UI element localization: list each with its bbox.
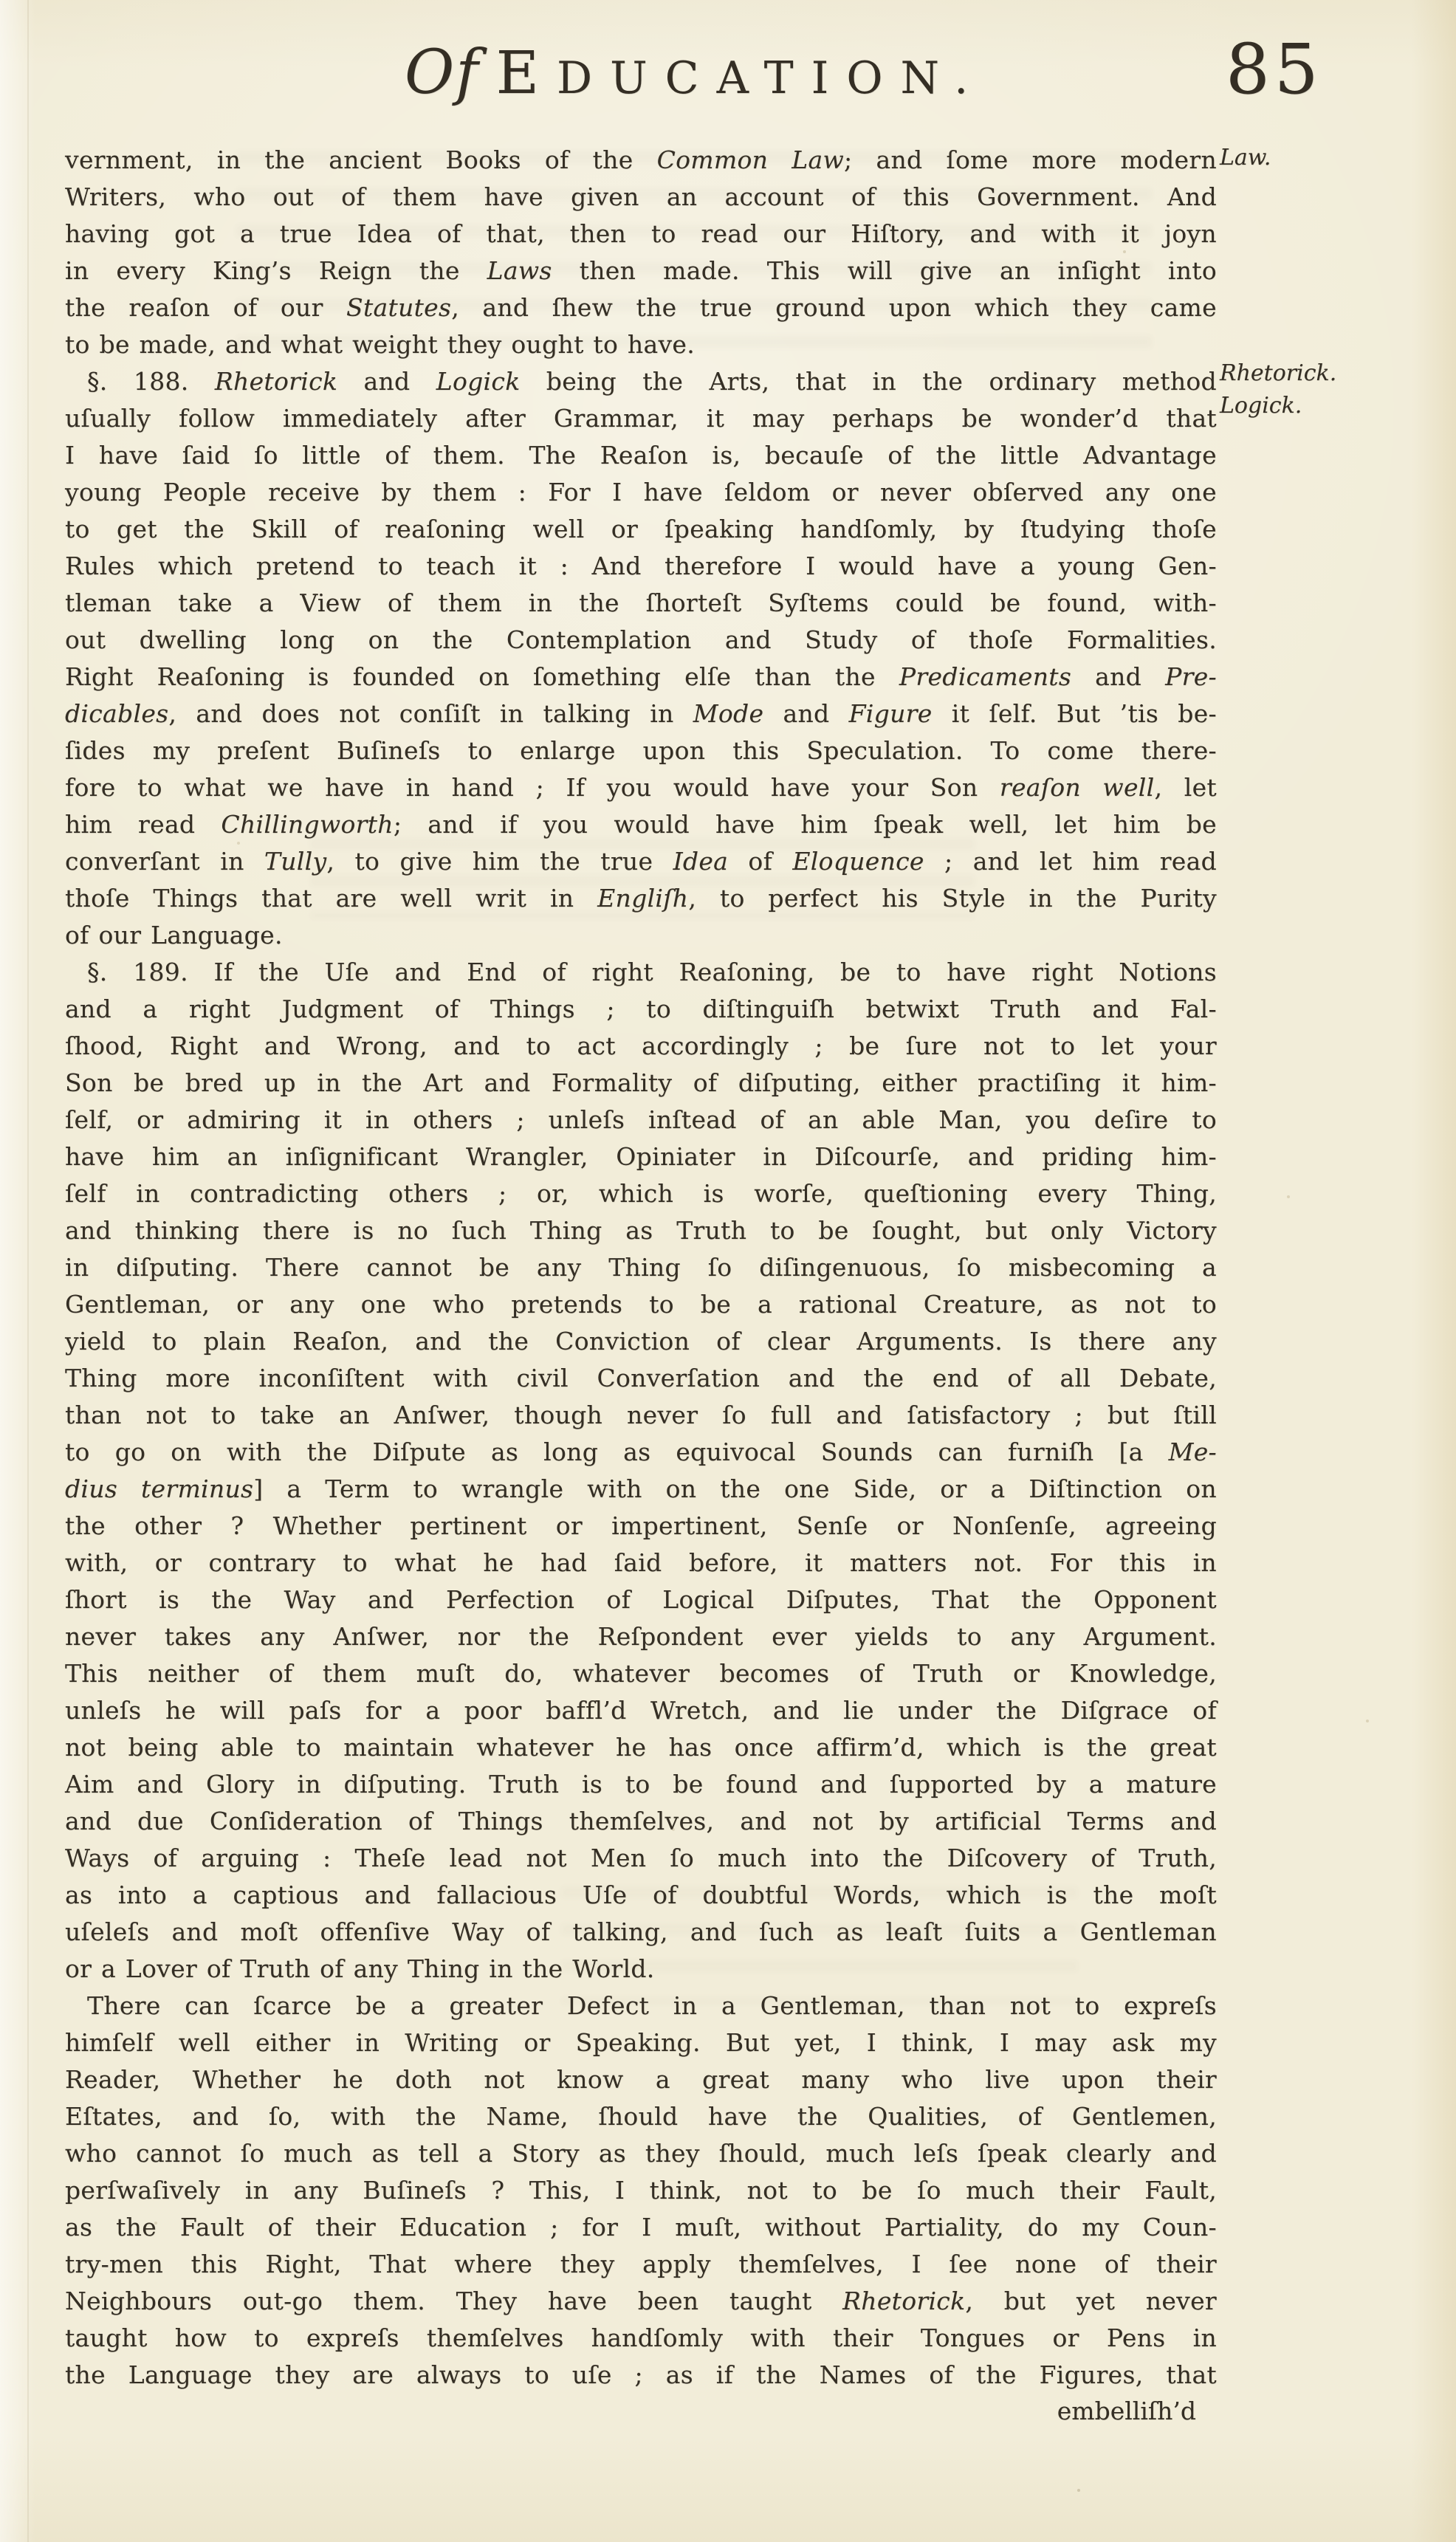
text-line: perſwaſively in any Buſineſs ? This, I t… <box>65 2172 1217 2209</box>
text-line: I have ſaid ſo little of them. The Reaſo… <box>65 437 1217 474</box>
text-line: him read Chillingworth; and if you would… <box>65 806 1217 843</box>
text-line: of our Language. <box>65 917 1217 954</box>
header-of-word: Of <box>405 43 480 103</box>
text-line: having got a true Idea of that, then to … <box>65 216 1217 253</box>
text-line: ſhood, Right and Wrong, and to act accor… <box>65 1028 1217 1065</box>
text-line: with, or contrary to what he had ſaid be… <box>65 1545 1217 1581</box>
paper-specks <box>0 0 1 1</box>
text-line: §. 188. Rhetorick and Logick being the A… <box>65 363 1217 400</box>
text-line: ſelf, or admiring it in others ; unleſs … <box>65 1102 1217 1138</box>
text-line: taught how to expreſs themſelves handſom… <box>65 2320 1217 2357</box>
margin-note: Law. <box>1220 145 1441 171</box>
text-line: as into a captious and fallacious Uſe of… <box>65 1877 1217 1914</box>
text-line: Writers, who out of them have given an a… <box>65 179 1217 216</box>
book-page: Of EDUCATION. 85 vernment, in the ancien… <box>0 0 1456 2542</box>
text-line: Thing more inconſiſtent with civil Conve… <box>65 1360 1217 1397</box>
text-body: vernment, in the ancient Books of the Co… <box>65 142 1217 2394</box>
text-line: ſelf in contradicting others ; or, which… <box>65 1175 1217 1212</box>
text-line: Rules which pretend to teach it : And th… <box>65 548 1217 585</box>
text-line: Reader, Whether he doth not know a great… <box>65 2061 1217 2098</box>
text-line: to get the Skill of reaſoning well or ſp… <box>65 511 1217 548</box>
text-line: converſant in Tully, to give him the tru… <box>65 843 1217 880</box>
text-line: Aim and Glory in diſputing. Truth is to … <box>65 1766 1217 1803</box>
text-line: uſeleſs and moſt offenſive Way of talkin… <box>65 1914 1217 1951</box>
text-line: and a right Judgment of Things ; to diſt… <box>65 991 1217 1028</box>
text-line: try-men this Right, That where they appl… <box>65 2246 1217 2283</box>
text-line: dius terminus] a Term to wrangle with on… <box>65 1471 1217 1508</box>
text-line: tleman take a View of them in the ſhorte… <box>65 585 1217 622</box>
text-line: This neither of them muſt do, whatever b… <box>65 1655 1217 1692</box>
text-line: ſhort is the Way and Perfection of Logic… <box>65 1581 1217 1618</box>
text-line: fore to what we have in hand ; If you wo… <box>65 769 1217 806</box>
text-line: Right Reaſoning is founded on ſomething … <box>65 659 1217 695</box>
text-line: as the Fault of their Education ; for I … <box>65 2209 1217 2246</box>
page-fold-line <box>27 0 29 2542</box>
text-line: §. 189. If the Uſe and End of right Reaſ… <box>65 954 1217 991</box>
text-line: vernment, in the ancient Books of the Co… <box>65 142 1217 179</box>
text-line: thoſe Things that are well writ in Engli… <box>65 880 1217 917</box>
margin-note: Rhetorick. <box>1220 360 1441 387</box>
header-education-word: EDUCATION. <box>496 44 986 103</box>
text-line: Ways of arguing : Theſe lead not Men ſo … <box>65 1840 1217 1877</box>
catchword: embelliſh’d <box>65 2395 1217 2428</box>
text-line: There can ſcarce be a greater Defect in … <box>65 1988 1217 2024</box>
text-line: ſides my preſent Buſineſs to enlarge upo… <box>65 732 1217 769</box>
text-line: yield to plain Reaſon, and the Convictio… <box>65 1323 1217 1360</box>
margin-note: Logick. <box>1220 393 1441 419</box>
text-line: Neighbours out-go them. They have been t… <box>65 2283 1217 2320</box>
text-line: unleſs he will paſs for a poor baffl’d W… <box>65 1692 1217 1729</box>
text-line: himſelf well either in Writing or Speaki… <box>65 2024 1217 2061</box>
text-line: or a Lover of Truth of any Thing in the … <box>65 1951 1217 1988</box>
text-line: young People receive by them : For I hav… <box>65 474 1217 511</box>
text-line: in diſputing. There cannot be any Thing … <box>65 1249 1217 1286</box>
text-line: not being able to maintain whatever he h… <box>65 1729 1217 1766</box>
text-line: who cannot ſo much as tell a Story as th… <box>65 2135 1217 2172</box>
text-line: than not to take an Anſwer, though never… <box>65 1397 1217 1434</box>
text-line: Gentleman, or any one who pretends to be… <box>65 1286 1217 1323</box>
text-line: the reaſon of our Statutes, and ſhew the… <box>65 289 1217 326</box>
running-header: Of EDUCATION. <box>405 43 986 103</box>
text-line: and thinking there is no ſuch Thing as T… <box>65 1212 1217 1249</box>
text-line: in every King’s Reign the Laws then made… <box>65 253 1217 289</box>
text-line: never takes any Anſwer, nor the Reſponde… <box>65 1618 1217 1655</box>
text-line: and due Conſideration of Things themſelv… <box>65 1803 1217 1840</box>
page-number: 85 <box>1226 35 1323 105</box>
text-line: have him an inſignificant Wrangler, Opin… <box>65 1138 1217 1175</box>
text-line: to go on with the Diſpute as long as equ… <box>65 1434 1217 1471</box>
text-line: uſually follow immediately after Grammar… <box>65 400 1217 437</box>
text-line: the other ? Whether pertinent or imperti… <box>65 1508 1217 1545</box>
text-line: dicables, and does not conſiſt in talkin… <box>65 695 1217 732</box>
text-line: Eſtates, and ſo, with the Name, ſhould h… <box>65 2098 1217 2135</box>
text-line: out dwelling long on the Contemplation a… <box>65 622 1217 659</box>
text-line: Son be bred up in the Art and Formality … <box>65 1065 1217 1102</box>
text-line: to be made, and what weight they ought t… <box>65 326 1217 363</box>
text-line: the Language they are always to uſe ; as… <box>65 2357 1217 2394</box>
